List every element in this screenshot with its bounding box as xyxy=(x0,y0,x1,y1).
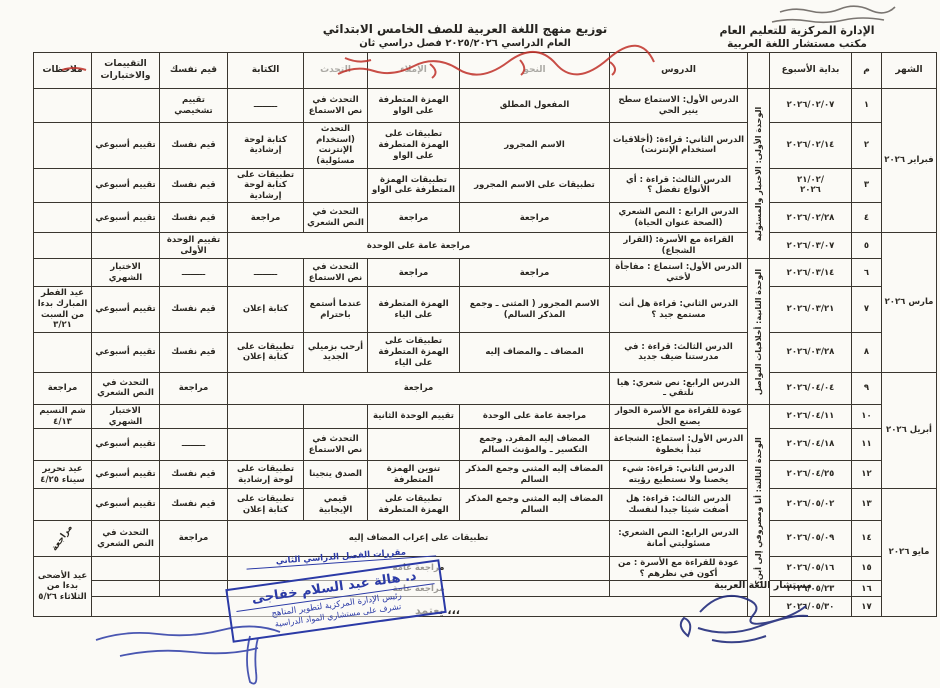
table-row: مايو ٢٠٢٦ ١٣ ٢٠٢٦/٠٥/٠٢ الدرس الثالث: قر… xyxy=(34,489,937,521)
cell-span: مراجعة عامة على الوحدة xyxy=(228,233,610,259)
cell-assess: تقييم أسبوعي xyxy=(92,168,160,203)
cell-self: ــــــــ xyxy=(160,429,228,461)
title-line1: توزيع منهج اللغة العربية للصف الخامس الا… xyxy=(300,22,630,36)
cell-date: ٢٠٢٦/٠٢/٠٧ xyxy=(770,89,852,123)
cell-num: ١٥ xyxy=(852,557,882,581)
cell-lessons: القراءة مع الأسرة: (القرار الشجاع) xyxy=(610,233,748,259)
cell-speaking: التحدث في النص الشعري xyxy=(304,203,368,233)
cell-num: ٢ xyxy=(852,123,882,169)
cell-num: ١٦ xyxy=(852,581,882,597)
cell-month-feb: فبراير ٢٠٢٦ xyxy=(882,89,937,233)
cell-self: قيم نفسك xyxy=(160,123,228,169)
cell-writing xyxy=(228,429,304,461)
header-notes: ملاحظات xyxy=(34,53,92,89)
header-self-assess: قيم نفسك xyxy=(160,53,228,89)
cell-grammar: المضاف إليه المثنى وجمع المذكر السالم xyxy=(460,461,610,489)
cell-date: ٢٠٢٦/٠٣/٠٧ xyxy=(770,233,852,259)
table-row: ١٥ ٢٠٢٦/٠٥/١٦ عودة للقراءة مع الأسرة : م… xyxy=(34,557,937,581)
cell-num: ٥ xyxy=(852,233,882,259)
cell-self: قيم نفسك xyxy=(160,287,228,333)
cell-num: ٦ xyxy=(852,259,882,287)
cell-notes: عيد الأضحى بدءا من الثلاثاء ٥/٢٦ xyxy=(34,557,92,617)
scanned-document-page: الإدارة المركزية للتعليم العام مكتب مستش… xyxy=(0,0,940,688)
cell-writing: تطبيقات على كتابة إعلان xyxy=(228,332,304,372)
cell-lessons: الدرس الرابع: نص شعري: هيا نلتقي ـ xyxy=(610,372,748,404)
cell-self: ــــــــ xyxy=(160,259,228,287)
header-writing: الكتابة xyxy=(228,53,304,89)
cell-dictation: الهمزة المتطرفة على الواو xyxy=(368,89,460,123)
cell-date: ٢٠٢٦/٠٤/١٨ xyxy=(770,429,852,461)
cell-speaking: عندما أستمع باحترام xyxy=(304,287,368,333)
header-dictation: الإملاء xyxy=(368,53,460,89)
table-row: ٦ ٢٠٢٦/٠٣/١٤ الوحدة الثانية: أخلاقيات ال… xyxy=(34,259,937,287)
cell-self: مراجعة xyxy=(160,521,228,557)
table-row: ١١ ٢٠٢٦/٠٤/١٨ الدرس الأول: استماع: الشجا… xyxy=(34,429,937,461)
cell-assess: تقييم أسبوعي xyxy=(92,203,160,233)
cell-assess xyxy=(92,581,160,597)
cell-lessons: الدرس الثاني: قراءة: (أخلاقيات استخدام ا… xyxy=(610,123,748,169)
cell-self: قيم نفسك xyxy=(160,203,228,233)
cell-writing: تطبيقات على كتابة إعلان xyxy=(228,489,304,521)
unit-2-label: الوحدة الثانية: أخلاقيات التواصل xyxy=(754,268,764,394)
cell-notes xyxy=(34,259,92,287)
cell-dictation: تطبيقات على الهمزة المتطرفة على الواو xyxy=(368,123,460,169)
cell-dictation: تقييم الوحدة الثانية xyxy=(368,404,460,428)
table-row: ٣ ٢١/٠٢/ ٢٠٢٦ الدرس الثالث: قراءة : أي ا… xyxy=(34,168,937,203)
header-lessons: الدروس xyxy=(610,53,748,89)
table-row: ١٤ ٢٠٢٦/٠٥/٠٩ الدرس الرابع: النص الشعري:… xyxy=(34,521,937,557)
cell-assess: تقييم أسبوعي xyxy=(92,287,160,333)
cell-self: قيم نفسك xyxy=(160,168,228,203)
table-row: ١٧ ٢٠٢٦/٠٥/٣٠ xyxy=(34,597,937,617)
cell-assess: تقييم أسبوعي xyxy=(92,461,160,489)
cell-writing: مراجعة xyxy=(228,203,304,233)
cell-speaking: أرحب بزميلي الجديد xyxy=(304,332,368,372)
cell-self: قيم نفسك xyxy=(160,489,228,521)
cell-notes: عيد الفطر المبارك بدءا من السبت ٣/٢١ xyxy=(34,287,92,333)
cell-assess: التحدث في النص الشعري xyxy=(92,521,160,557)
cell-num: ١٤ xyxy=(852,521,882,557)
cell-date: ٢٠٢٦/٠٣/١٤ xyxy=(770,259,852,287)
table-row: ٢ ٢٠٢٦/٠٢/١٤ الدرس الثاني: قراءة: (أخلاق… xyxy=(34,123,937,169)
cell-notes xyxy=(34,233,92,259)
cell-notes xyxy=(34,89,92,123)
cell-notes xyxy=(34,332,92,372)
table-row: ٨ ٢٠٢٦/٠٣/٢٨ الدرس الثالث: قراءة : في مد… xyxy=(34,332,937,372)
cell-date: ٢٠٢٦/٠٢/٢٨ xyxy=(770,203,852,233)
table-row: ١٠ ٢٠٢٦/٠٤/١١ الوحدة الثالثة: أنا ومصروف… xyxy=(34,404,937,428)
cell-notes: مراجعة xyxy=(34,372,92,404)
cell-num: ١٠ xyxy=(852,404,882,428)
cell-notes xyxy=(34,489,92,521)
cell-num: ٣ xyxy=(852,168,882,203)
cell-notes xyxy=(34,123,92,169)
cell-dictation xyxy=(368,429,460,461)
cell-self xyxy=(160,581,228,597)
cell-self xyxy=(160,404,228,428)
cell-dictation: الهمزة المتطرفة على الياء xyxy=(368,287,460,333)
cell-month-mar: مارس ٢٠٢٦ xyxy=(882,233,937,373)
letterhead-scribble xyxy=(772,6,895,22)
cell-num: ١٧ xyxy=(852,597,882,617)
cell-grammar: الاسم المجرور xyxy=(460,123,610,169)
date-line2: ٢٠٢٦ xyxy=(772,185,849,196)
cell-notes: شم النسيم ٤/١٣ xyxy=(34,404,92,428)
cell-grammar: مراجعة xyxy=(460,203,610,233)
cell-date: ٢٠٢٦/٠٢/١٤ xyxy=(770,123,852,169)
document-title: توزيع منهج اللغة العربية للصف الخامس الا… xyxy=(300,22,630,49)
cell-speaking: التحدث في نص الاستماع xyxy=(304,259,368,287)
cell-num: ٧ xyxy=(852,287,882,333)
cell-date: ٢٠٢٦/٠٥/٠٩ xyxy=(770,521,852,557)
cell-notes: مراجعة xyxy=(34,521,92,557)
date-line1: ٢١/٠٢/ xyxy=(772,175,849,186)
cell-self: تقييم الوحدة الأولى xyxy=(160,233,228,259)
cell-span: مراجعة xyxy=(228,372,610,404)
cell-writing: تطبيقات على لوحة إرشادية xyxy=(228,461,304,489)
cell-notes xyxy=(34,168,92,203)
cell-num: ٩ xyxy=(852,372,882,404)
cell-date: ٢٠٢٦/٠٥/٣٠ xyxy=(770,597,852,617)
cell-num: ٤ xyxy=(852,203,882,233)
cell-lessons: الدرس الأول: استماع: الشجاعة تبدأ بخطوة xyxy=(610,429,748,461)
title-line2: العام الدراسي ٢٠٢٥/٢٠٢٦ فصل دراسي ثان xyxy=(300,38,630,49)
cell-unit-2: الوحدة الثانية: أخلاقيات التواصل xyxy=(748,259,770,405)
cell-date: ٢٠٢٦/٠٥/٠٢ xyxy=(770,489,852,521)
cell-num: ١ xyxy=(852,89,882,123)
cell-writing: كتابة لوحة إرشادية xyxy=(228,123,304,169)
cell-speaking: التحدث (استخدام الإنترنت مسئولية) xyxy=(304,123,368,169)
cell-grammar: المضاف إليه المفرد. وجمع التكسير ـ والمؤ… xyxy=(460,429,610,461)
cell-lessons: الدرس الثاني: قراءة هل أنت مستمع جيد ؟ xyxy=(610,287,748,333)
letterhead-line2: مكتب مستشار اللغة العربية xyxy=(672,38,922,50)
cell-grammar: تطبيقات على الاسم المجرور xyxy=(460,168,610,203)
cell-grammar: المفعول المطلق xyxy=(460,89,610,123)
header-unit-spacer xyxy=(748,53,770,89)
cell-speaking: التحدث في نص الاستماع xyxy=(304,429,368,461)
cell-assess: تقييم أسبوعي xyxy=(92,429,160,461)
header-num: م xyxy=(852,53,882,89)
cell-assess: تقييم أسبوعي xyxy=(92,332,160,372)
advisor-title: مستشار اللغة العربية xyxy=(688,580,838,591)
cell-date: ٢١/٠٢/ ٢٠٢٦ xyxy=(770,168,852,203)
cell-date: ٢٠٢٦/٠٤/٠٤ xyxy=(770,372,852,404)
header-week-start: بداية الأسبوع xyxy=(770,53,852,89)
unit-3-label: الوحدة الثالثة: أنا ومصروفي إلى أين؟ xyxy=(754,437,764,584)
table-row: فبراير ٢٠٢٦ ١ ٢٠٢٦/٠٢/٠٧ الوحدة الأولى: … xyxy=(34,89,937,123)
cell-grammar: مراجعة عامة على الوحدة xyxy=(460,404,610,428)
cell-speaking xyxy=(304,168,368,203)
cell-dictation: تطبيقات على الهمزة المتطرفة xyxy=(368,489,460,521)
cell-num: ١٢ xyxy=(852,461,882,489)
cell-assess: الاختبار الشهري xyxy=(92,259,160,287)
cell-dictation: تنوين الهمزة المتطرفة xyxy=(368,461,460,489)
cell-lessons: عودة للقراءة مع الأسرة : من أكون في نظره… xyxy=(610,557,748,581)
cell-grammar: المضاف إليه المثنى وجمع المذكر السالم xyxy=(460,489,610,521)
cell-assess xyxy=(92,233,160,259)
cell-dictation: تطبيقات على الهمزة المتطرفة على الياء xyxy=(368,332,460,372)
cell-lessons: الدرس الثالث: قراءة : في مدرستنا ضيف جدي… xyxy=(610,332,748,372)
cell-grammar: الاسم المجرور ( المثنى ـ وجمع المذكر الس… xyxy=(460,287,610,333)
unit-1-label: الوحدة الأولى: الاختيار والمسئولية xyxy=(754,106,764,240)
cell-dictation: مراجعة xyxy=(368,203,460,233)
cell-num: ٨ xyxy=(852,332,882,372)
cell-lessons: الدرس الرابع: النص الشعري: مسئوليتي أمان… xyxy=(610,521,748,557)
cell-speaking: قيمي الإيجابية xyxy=(304,489,368,521)
header-grammar: النحو xyxy=(460,53,610,89)
table-row: ١٢ ٢٠٢٦/٠٤/٢٥ الدرس الثاني: قراءة: شيء ي… xyxy=(34,461,937,489)
cell-self: قيم نفسك xyxy=(160,332,228,372)
cell-writing: كتابة إعلان xyxy=(228,287,304,333)
cell-assess: تقييم أسبوعي xyxy=(92,489,160,521)
cell-speaking: الصدق ينجينا xyxy=(304,461,368,489)
cell-notes xyxy=(34,429,92,461)
cell-writing xyxy=(228,404,304,428)
cell-lessons: الدرس الثالث: قراءة : أي الأنواع تفضل ؟ xyxy=(610,168,748,203)
table-row: ٧ ٢٠٢٦/٠٣/٢١ الدرس الثاني: قراءة هل أنت … xyxy=(34,287,937,333)
cell-unit-1: الوحدة الأولى: الاختيار والمسئولية xyxy=(748,89,770,259)
cell-self: تقييم تشخيصي xyxy=(160,89,228,123)
header-month: الشهر xyxy=(882,53,937,89)
cell-dictation: مراجعة xyxy=(368,259,460,287)
cell-dictation: تطبيقات الهمزة المتطرفة على الواو xyxy=(368,168,460,203)
cell-num: ١١ xyxy=(852,429,882,461)
cell-speaking: التحدث في نص الاستماع xyxy=(304,89,368,123)
cell-month-apr: أبريل ٢٠٢٦ xyxy=(882,372,937,488)
cell-month-may: مايو ٢٠٢٦ xyxy=(882,489,937,617)
cell-speaking xyxy=(304,404,368,428)
cell-date: ٢٠٢٦/٠٣/٢٨ xyxy=(770,332,852,372)
cell-lessons: الدرس الثاني: قراءة: شيء يخصنا ولا نستطي… xyxy=(610,461,748,489)
cell-assess: التحدث في النص الشعري xyxy=(92,372,160,404)
header-speaking: التحدث xyxy=(304,53,368,89)
cell-assess xyxy=(92,89,160,123)
cell-date: ٢٠٢٦/٠٤/٢٥ xyxy=(770,461,852,489)
table-row: ٤ ٢٠٢٦/٠٢/٢٨ الدرس الرابع : النص الشعري … xyxy=(34,203,937,233)
cell-assess: الاختبار الشهري xyxy=(92,404,160,428)
cell-writing: تطبيقات على كتابة لوحة إرشادية xyxy=(228,168,304,203)
cell-self: مراجعة xyxy=(160,372,228,404)
cell-lessons: عودة للقراءة مع الأسرة الحوار يصنع الحل xyxy=(610,404,748,428)
notes-tilted-text: مراجعة xyxy=(43,521,82,557)
cell-date: ٢٠٢٦/٠٣/٢١ xyxy=(770,287,852,333)
curriculum-schedule-table: الشهر م بداية الأسبوع الدروس النحو الإمل… xyxy=(33,52,937,617)
cell-assess: تقييم أسبوعي xyxy=(92,123,160,169)
table-row: أبريل ٢٠٢٦ ٩ ٢٠٢٦/٠٤/٠٤ الدرس الرابع: نص… xyxy=(34,372,937,404)
cell-lessons: الدرس الأول: الاستماع سطح ينير الحي xyxy=(610,89,748,123)
cell-grammar: مراجعة xyxy=(460,259,610,287)
cell-date: ٢٠٢٦/٠٥/١٦ xyxy=(770,557,852,581)
cell-assess xyxy=(92,557,160,581)
cell-lessons: الدرس الرابع : النص الشعري (الصحة عنوان … xyxy=(610,203,748,233)
cell-num: ١٣ xyxy=(852,489,882,521)
letterhead: الإدارة المركزية للتعليم العام مكتب مستش… xyxy=(672,24,922,50)
cell-lessons: الدرس الأول: استماع : مفاجأة لأختي xyxy=(610,259,748,287)
header-assessments: التقييمات والاختبارات xyxy=(92,53,160,89)
header-row: الشهر م بداية الأسبوع الدروس النحو الإمل… xyxy=(34,53,937,89)
letterhead-line1: الإدارة المركزية للتعليم العام xyxy=(672,24,922,37)
cell-self: قيم نفسك xyxy=(160,461,228,489)
table-row: مارس ٢٠٢٦ ٥ ٢٠٢٦/٠٣/٠٧ القراءة مع الأسرة… xyxy=(34,233,937,259)
cell-writing: ــــــــ xyxy=(228,89,304,123)
cell-date: ٢٠٢٦/٠٤/١١ xyxy=(770,404,852,428)
cell-grammar: المضاف ـ والمضاف إليه xyxy=(460,332,610,372)
cell-notes xyxy=(34,203,92,233)
cell-notes: عيد تحرير سيناء ٤/٢٥ xyxy=(34,461,92,489)
cell-self xyxy=(160,557,228,581)
cell-writing: ــــــــ xyxy=(228,259,304,287)
cell-lessons: الدرس الثالث: قراءة: هل أضفت شيئا جيدا ل… xyxy=(610,489,748,521)
